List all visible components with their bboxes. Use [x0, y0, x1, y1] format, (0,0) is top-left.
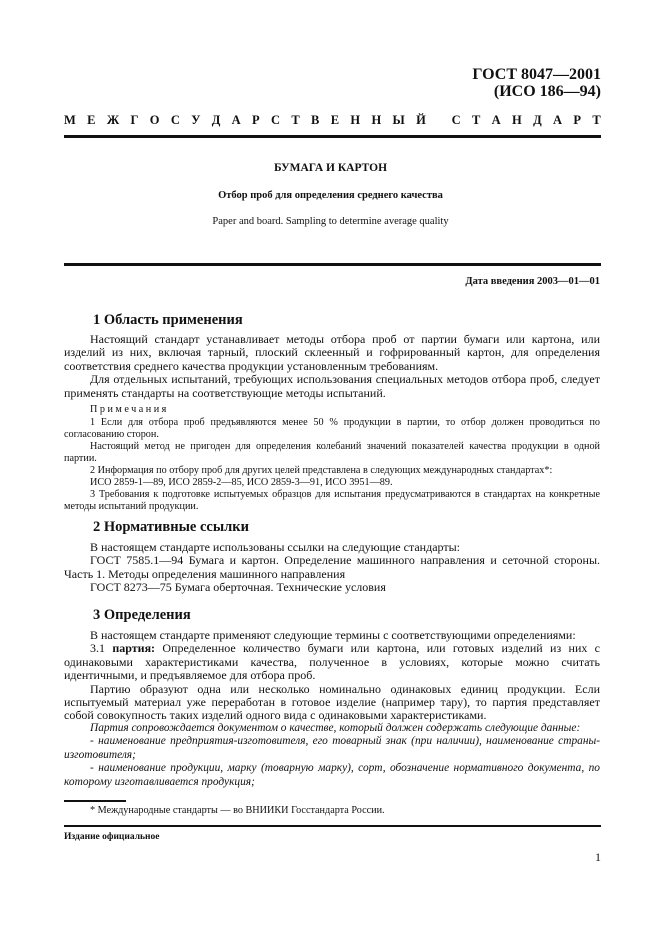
banner-letter: Ы: [393, 113, 405, 128]
section-3-body: В настоящем стандарте применяют следующи…: [64, 629, 600, 723]
interstate-standard-banner: МЕЖГОСУДАРСТВЕННЫЙ СТАНДАРТ: [64, 113, 601, 128]
banner-letter: Н: [371, 113, 381, 128]
term: партия:: [112, 641, 155, 655]
italic-line: Партия сопровождается документом о качес…: [64, 722, 600, 735]
note: 1 Если для отбора проб предъявляются мен…: [64, 417, 600, 441]
note: 2 Информация по отбору проб для других ц…: [64, 465, 600, 477]
banner-letter: Т: [592, 113, 600, 128]
term-definition: 3.1 партия: Определенное количество бума…: [64, 642, 600, 682]
banner-letter: Н: [350, 113, 360, 128]
document-designation: ГОСТ 8047—2001 (ИСО 186—94): [472, 66, 601, 100]
banner-letter: С: [452, 113, 461, 128]
section-1-heading: 1 Область применения: [93, 312, 243, 329]
banner-letter: Р: [573, 113, 581, 128]
introduction-date: Дата введения 2003—01—01: [465, 276, 600, 287]
banner-letter: А: [553, 113, 562, 128]
banner-letter: М: [64, 113, 76, 128]
document-title-english: Paper and board. Sampling to determine a…: [0, 216, 661, 227]
banner-letter: Т: [472, 113, 480, 128]
banner-letter: [437, 113, 440, 128]
banner-letter: У: [191, 113, 200, 128]
section-2-heading: 2 Нормативные ссылки: [93, 519, 249, 536]
paragraph: Для отдельных испытаний, требующих испол…: [64, 373, 600, 400]
banner-letter: Р: [252, 113, 260, 128]
banner-letter: Е: [87, 113, 95, 128]
title-rule: [64, 263, 601, 266]
banner-letter: Й: [416, 113, 426, 128]
footnote-rule: [64, 800, 126, 802]
note: 3 Требования к подготовке испытуемых обр…: [64, 489, 600, 513]
section-1-notes: Примечания 1 Если для отбора проб предъя…: [64, 404, 600, 513]
edition-label: Издание официальное: [64, 832, 160, 842]
banner-letter: Т: [291, 113, 299, 128]
note: ИСО 2859-1—89, ИСО 2859-2—85, ИСО 2859-3…: [64, 477, 600, 489]
gost-number: ГОСТ 8047—2001: [472, 66, 601, 83]
italic-line: - наименование предприятия-изготовителя,…: [64, 735, 600, 762]
banner-letter: Н: [512, 113, 522, 128]
section-2-body: В настоящем стандарте использованы ссылк…: [64, 541, 600, 595]
section-3-quality-document: Партия сопровождается документом о качес…: [64, 722, 600, 789]
banner-letter: О: [150, 113, 160, 128]
paragraph: Настоящий стандарт устанавливает методы …: [64, 333, 600, 373]
banner-letter: А: [492, 113, 501, 128]
banner-letter: С: [171, 113, 180, 128]
iso-number: (ИСО 186—94): [472, 83, 601, 100]
paragraph: В настоящем стандарте применяют следующи…: [64, 629, 600, 642]
paragraph: Партию образуют одна или несколько номин…: [64, 683, 600, 723]
section-1-body: Настоящий стандарт устанавливает методы …: [64, 333, 600, 400]
banner-letter: А: [232, 113, 241, 128]
notes-heading: Примечания: [64, 404, 600, 416]
term-number: 3.1: [90, 641, 105, 655]
reference: ГОСТ 8273—75 Бумага оберточная. Техничес…: [64, 581, 600, 594]
banner-letter: С: [271, 113, 280, 128]
banner-letter: В: [311, 113, 319, 128]
banner-letter: Ж: [107, 113, 119, 128]
footer-rule: [64, 825, 601, 827]
note: Настоящий метод не пригоден для определе…: [64, 441, 600, 465]
paragraph: В настоящем стандарте использованы ссылк…: [64, 541, 600, 554]
header-rule: [64, 135, 601, 138]
reference: ГОСТ 7585.1—94 Бумага и картон. Определе…: [64, 554, 600, 581]
page-number: 1: [595, 850, 601, 865]
document-title: БУМАГА И КАРТОН: [0, 162, 661, 174]
banner-letter: Г: [131, 113, 139, 128]
document-subtitle: Отбор проб для определения среднего каче…: [0, 190, 661, 201]
banner-letter: Е: [331, 113, 339, 128]
footnote: * Международные стандарты — во ВНИИКИ Го…: [90, 805, 385, 816]
banner-letter: Д: [212, 113, 221, 128]
section-3-heading: 3 Определения: [93, 607, 191, 624]
banner-letter: Д: [533, 113, 542, 128]
italic-line: - наименование продукции, марку (товарну…: [64, 762, 600, 789]
